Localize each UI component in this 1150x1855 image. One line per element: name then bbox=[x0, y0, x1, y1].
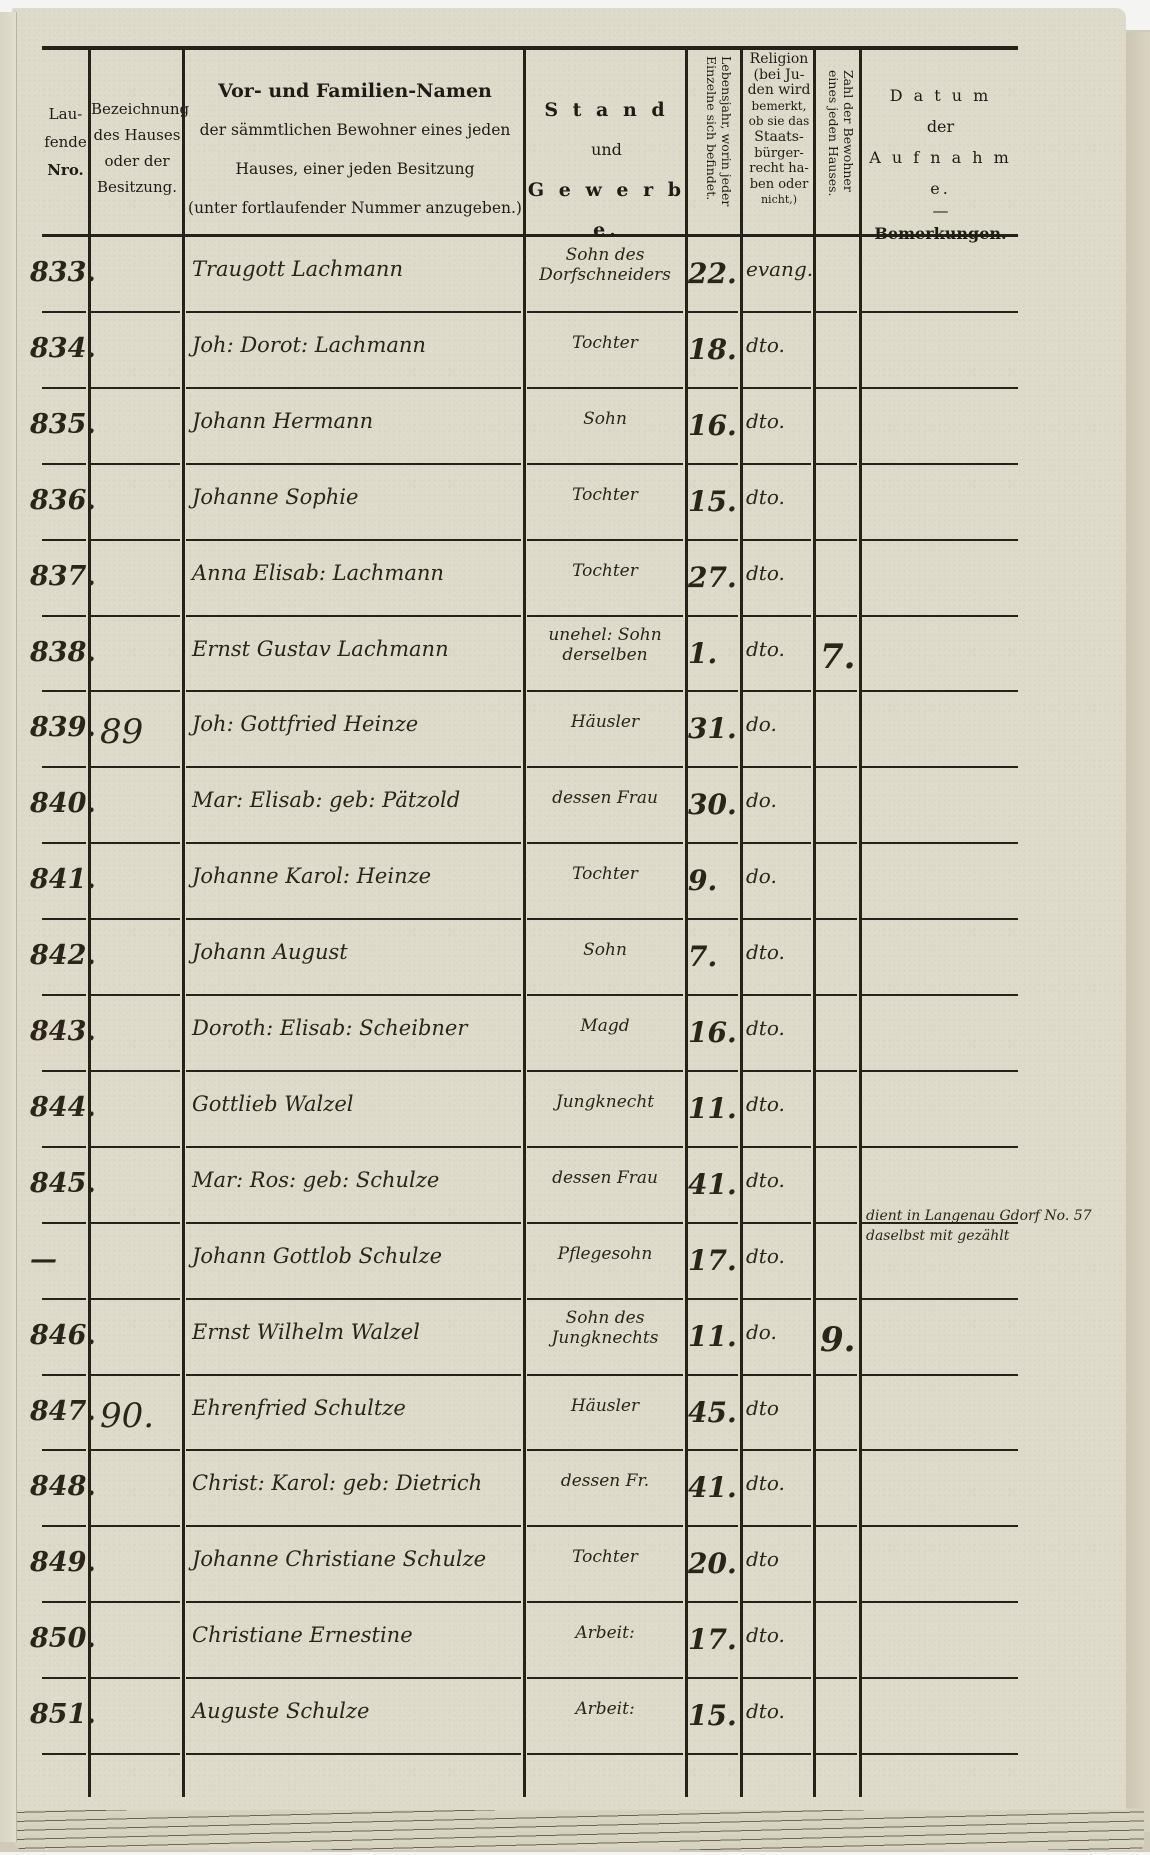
row-rule bbox=[862, 994, 1018, 996]
house-number: 90. bbox=[100, 1396, 180, 1436]
row-rule bbox=[862, 842, 1018, 844]
header-text: Nro. bbox=[42, 156, 89, 184]
status-occupation: Sohn bbox=[526, 409, 684, 429]
header-col-number: Lau- fende Nro. bbox=[42, 100, 89, 184]
row-rule bbox=[862, 1070, 1018, 1072]
entry-number: 844. bbox=[30, 1092, 88, 1123]
row-rule bbox=[42, 1677, 86, 1679]
row-rule bbox=[90, 690, 180, 692]
row-rule bbox=[186, 1525, 521, 1527]
row-rule bbox=[816, 1146, 857, 1148]
header-text: der sämmtlichen Bewohner eines jeden bbox=[186, 111, 524, 150]
row-rule bbox=[743, 539, 811, 541]
religion: dto. bbox=[746, 1092, 812, 1116]
row-rule bbox=[186, 463, 521, 465]
resident-name: Johanne Sophie bbox=[192, 485, 522, 509]
age: 15. bbox=[688, 1699, 740, 1732]
remark: dient in Langenau Gdorf No. 57 daselbst … bbox=[866, 1206, 1096, 1246]
column-rule-2 bbox=[182, 50, 185, 1797]
row-rule bbox=[743, 1374, 811, 1376]
status-occupation: Tochter bbox=[526, 561, 684, 581]
entry-number: 842. bbox=[30, 940, 88, 971]
entry-number: 841. bbox=[30, 864, 88, 895]
row-rule bbox=[186, 1374, 521, 1376]
row-rule bbox=[42, 690, 86, 692]
row-rule bbox=[527, 766, 683, 768]
row-rule bbox=[90, 842, 180, 844]
header-text: Religion bbox=[743, 52, 815, 68]
row-rule bbox=[42, 1525, 86, 1527]
status-occupation: Tochter bbox=[526, 485, 684, 505]
row-rule bbox=[90, 1070, 180, 1072]
entry-number: 836. bbox=[30, 485, 88, 516]
row-rule bbox=[186, 1677, 521, 1679]
row-rule bbox=[743, 1222, 811, 1224]
header-text: oder der bbox=[91, 148, 183, 174]
status-occupation: dessen Fr. bbox=[526, 1471, 684, 1491]
entry-number: 846. bbox=[30, 1320, 88, 1351]
row-rule bbox=[743, 463, 811, 465]
religion: dto bbox=[746, 1547, 812, 1571]
row-rule bbox=[186, 1601, 521, 1603]
row-rule bbox=[688, 690, 738, 692]
resident-name: Mar: Elisab: geb: Pätzold bbox=[192, 788, 522, 812]
status-occupation: dessen Frau bbox=[526, 788, 684, 808]
row-rule bbox=[816, 311, 857, 313]
row-rule bbox=[816, 1222, 857, 1224]
age: 11. bbox=[688, 1092, 740, 1125]
row-rule bbox=[688, 1677, 738, 1679]
row-rule bbox=[816, 918, 857, 920]
age: 17. bbox=[688, 1244, 740, 1277]
religion: dto. bbox=[746, 1623, 812, 1647]
row-rule bbox=[527, 1070, 683, 1072]
entry-number: 845. bbox=[30, 1168, 88, 1199]
header-text: recht ha- bbox=[743, 161, 815, 177]
age: 11. bbox=[688, 1320, 740, 1353]
row-rule bbox=[527, 994, 683, 996]
header-text: Besitzung. bbox=[91, 174, 183, 200]
row-rule bbox=[862, 1449, 1018, 1451]
resident-name: Auguste Schulze bbox=[192, 1699, 522, 1723]
column-rule-3 bbox=[523, 50, 526, 1797]
religion: dto. bbox=[746, 1471, 812, 1495]
age: 7. bbox=[688, 940, 740, 973]
row-rule bbox=[688, 1222, 738, 1224]
religion: do. bbox=[746, 864, 812, 888]
row-rule bbox=[186, 387, 521, 389]
row-rule bbox=[743, 1525, 811, 1527]
row-rule bbox=[688, 1070, 738, 1072]
row-rule bbox=[527, 311, 683, 313]
entry-number: 837. bbox=[30, 561, 88, 592]
row-rule bbox=[42, 1222, 86, 1224]
row-rule bbox=[688, 994, 738, 996]
row-rule bbox=[186, 1298, 521, 1300]
row-rule bbox=[816, 463, 857, 465]
resident-name: Mar: Ros: geb: Schulze bbox=[192, 1168, 522, 1192]
row-rule bbox=[42, 1374, 86, 1376]
row-rule bbox=[90, 1525, 180, 1527]
row-rule bbox=[90, 615, 180, 617]
row-rule bbox=[862, 311, 1018, 313]
row-rule bbox=[743, 766, 811, 768]
status-occupation: Häusler bbox=[526, 712, 684, 732]
row-rule bbox=[42, 463, 86, 465]
religion: dto. bbox=[746, 637, 812, 661]
row-rule bbox=[186, 615, 521, 617]
row-rule bbox=[688, 311, 738, 313]
row-rule bbox=[527, 918, 683, 920]
header-text: des Hauses bbox=[91, 122, 183, 148]
row-rule bbox=[743, 1070, 811, 1072]
row-rule bbox=[527, 1146, 683, 1148]
row-rule bbox=[862, 1298, 1018, 1300]
row-rule bbox=[90, 1601, 180, 1603]
row-rule bbox=[688, 1374, 738, 1376]
resident-name: Ehrenfried Schultze bbox=[192, 1396, 522, 1420]
religion: dto. bbox=[746, 333, 812, 357]
row-rule bbox=[816, 842, 857, 844]
status-occupation: Tochter bbox=[526, 333, 684, 353]
row-rule bbox=[42, 1753, 86, 1755]
row-rule bbox=[862, 1146, 1018, 1148]
age: 45. bbox=[688, 1396, 740, 1429]
row-rule bbox=[90, 463, 180, 465]
row-rule bbox=[688, 1298, 738, 1300]
row-rule bbox=[743, 1753, 811, 1755]
row-rule bbox=[42, 994, 86, 996]
row-rule bbox=[42, 539, 86, 541]
row-rule bbox=[862, 615, 1018, 617]
religion: dto. bbox=[746, 1016, 812, 1040]
row-rule bbox=[527, 842, 683, 844]
header-text: Hauses, einer jeden Besitzung bbox=[186, 150, 524, 189]
resident-name: Doroth: Elisab: Scheibner bbox=[192, 1016, 522, 1040]
religion: dto. bbox=[746, 1699, 812, 1723]
header-col-religion: Religion (bei Ju- den wird bemerkt, ob s… bbox=[743, 52, 815, 208]
entry-number: 833. bbox=[30, 257, 88, 288]
row-rule bbox=[90, 1298, 180, 1300]
row-rule bbox=[90, 1222, 180, 1224]
religion: dto. bbox=[746, 561, 812, 585]
page-stack-right-edge bbox=[1126, 32, 1150, 1832]
religion: dto. bbox=[746, 940, 812, 964]
row-rule bbox=[743, 918, 811, 920]
religion: evang. bbox=[746, 257, 812, 281]
resident-name: Johann Gottlob Schulze bbox=[192, 1244, 522, 1268]
row-rule bbox=[816, 539, 857, 541]
header-text: Lau- bbox=[42, 100, 89, 128]
status-occupation: Sohn des Jungknechts bbox=[526, 1308, 684, 1348]
row-rule bbox=[688, 842, 738, 844]
entry-number: 839. bbox=[30, 712, 88, 743]
header-text: fende bbox=[42, 128, 89, 156]
row-rule bbox=[816, 1298, 857, 1300]
row-rule bbox=[90, 766, 180, 768]
row-rule bbox=[42, 1070, 86, 1072]
row-rule bbox=[688, 539, 738, 541]
row-rule bbox=[743, 311, 811, 313]
household-count: 9. bbox=[820, 1320, 858, 1360]
religion: dto. bbox=[746, 485, 812, 509]
row-rule bbox=[186, 918, 521, 920]
header-text: Bezeichnung bbox=[91, 96, 183, 122]
header-text: bemerkt, bbox=[743, 99, 815, 115]
row-rule bbox=[90, 1449, 180, 1451]
header-text: Bemerkungen. bbox=[863, 218, 1018, 249]
header-text: bürger- bbox=[743, 146, 815, 162]
age: 16. bbox=[688, 1016, 740, 1049]
row-rule bbox=[186, 690, 521, 692]
row-rule bbox=[42, 1146, 86, 1148]
header-col-age: Lebensjahr, worin jeder Einzelne sich be… bbox=[694, 56, 734, 230]
resident-name: Ernst Gustav Lachmann bbox=[192, 637, 522, 661]
religion: do. bbox=[746, 1320, 812, 1344]
religion: dto. bbox=[746, 409, 812, 433]
entry-number: 848. bbox=[30, 1471, 88, 1502]
row-rule bbox=[527, 690, 683, 692]
row-rule bbox=[186, 1222, 521, 1224]
header-text: nicht,) bbox=[743, 192, 815, 208]
resident-name: Johann August bbox=[192, 940, 522, 964]
entry-number: 851. bbox=[30, 1699, 88, 1730]
row-rule bbox=[527, 387, 683, 389]
row-rule bbox=[527, 615, 683, 617]
row-rule bbox=[743, 1449, 811, 1451]
entry-number: 847. bbox=[30, 1396, 88, 1427]
row-rule bbox=[90, 387, 180, 389]
entry-number: 849. bbox=[30, 1547, 88, 1578]
row-rule bbox=[816, 1525, 857, 1527]
row-rule bbox=[42, 615, 86, 617]
status-occupation: Pflegesohn bbox=[526, 1244, 684, 1264]
row-rule bbox=[90, 539, 180, 541]
row-rule bbox=[816, 1753, 857, 1755]
row-rule bbox=[816, 1374, 857, 1376]
row-rule bbox=[527, 1374, 683, 1376]
entry-number: 835. bbox=[30, 409, 88, 440]
entry-number: 840. bbox=[30, 788, 88, 819]
religion: dto. bbox=[746, 1244, 812, 1268]
age: 22. bbox=[688, 257, 740, 290]
resident-name: Anna Elisab: Lachmann bbox=[192, 561, 522, 585]
age: 30. bbox=[688, 788, 740, 821]
row-rule bbox=[862, 690, 1018, 692]
row-rule bbox=[42, 766, 86, 768]
status-occupation: Häusler bbox=[526, 1396, 684, 1416]
row-rule bbox=[862, 766, 1018, 768]
row-rule bbox=[862, 1677, 1018, 1679]
row-rule bbox=[42, 842, 86, 844]
header-text: den wird bbox=[743, 83, 815, 99]
resident-name: Johanne Karol: Heinze bbox=[192, 864, 522, 888]
row-rule bbox=[816, 1677, 857, 1679]
row-rule bbox=[527, 539, 683, 541]
entry-number: 843. bbox=[30, 1016, 88, 1047]
resident-name: Gottlieb Walzel bbox=[192, 1092, 522, 1116]
row-rule bbox=[816, 994, 857, 996]
row-rule bbox=[862, 918, 1018, 920]
household-count: 7. bbox=[820, 637, 858, 677]
header-text: G e w e r b e. bbox=[527, 170, 686, 250]
header-col-names: Vor- und Familien-Namen der sämmtlichen … bbox=[186, 72, 524, 228]
row-rule bbox=[743, 1298, 811, 1300]
row-rule bbox=[90, 918, 180, 920]
row-rule bbox=[42, 918, 86, 920]
row-rule bbox=[862, 387, 1018, 389]
row-rule bbox=[688, 1601, 738, 1603]
header-top-rule bbox=[42, 46, 1018, 50]
row-rule bbox=[743, 387, 811, 389]
row-rule bbox=[90, 994, 180, 996]
entry-number: 850. bbox=[30, 1623, 88, 1654]
row-rule bbox=[186, 842, 521, 844]
age: 41. bbox=[688, 1471, 740, 1504]
row-rule bbox=[90, 1677, 180, 1679]
header-text: A u f n a h m e. bbox=[863, 142, 1018, 204]
row-rule bbox=[527, 1677, 683, 1679]
age: 20. bbox=[688, 1547, 740, 1580]
row-rule bbox=[90, 1374, 180, 1376]
row-rule bbox=[42, 1298, 86, 1300]
row-rule bbox=[743, 690, 811, 692]
entry-number: 834. bbox=[30, 333, 88, 364]
row-rule bbox=[816, 1601, 857, 1603]
age: 15. bbox=[688, 485, 740, 518]
row-rule bbox=[688, 1753, 738, 1755]
row-rule bbox=[186, 766, 521, 768]
row-rule bbox=[90, 1753, 180, 1755]
row-rule bbox=[42, 1601, 86, 1603]
row-rule bbox=[688, 387, 738, 389]
entry-number: 838. bbox=[30, 637, 88, 668]
row-rule bbox=[527, 1753, 683, 1755]
age: 16. bbox=[688, 409, 740, 442]
row-rule bbox=[42, 387, 86, 389]
religion: dto bbox=[746, 1396, 812, 1420]
header-text: der bbox=[863, 111, 1018, 142]
header-text: D a t u m bbox=[863, 80, 1018, 111]
header-text: S t a n d bbox=[527, 90, 686, 130]
religion: dto. bbox=[746, 1168, 812, 1192]
header-text: ob sie das bbox=[743, 114, 815, 130]
row-rule bbox=[743, 615, 811, 617]
age: 1. bbox=[688, 637, 740, 670]
row-rule bbox=[186, 539, 521, 541]
resident-name: Ernst Wilhelm Walzel bbox=[192, 1320, 522, 1344]
age: 31. bbox=[688, 712, 740, 745]
status-occupation: Sohn des Dorfschneiders bbox=[526, 245, 684, 285]
resident-name: Christiane Ernestine bbox=[192, 1623, 522, 1647]
status-occupation: Arbeit: bbox=[526, 1699, 684, 1719]
age: 41. bbox=[688, 1168, 740, 1201]
age: 17. bbox=[688, 1623, 740, 1656]
age: 9. bbox=[688, 864, 740, 897]
header-text: (unter fortlaufender Nummer anzugeben.) bbox=[186, 189, 524, 228]
row-rule bbox=[743, 842, 811, 844]
row-rule bbox=[743, 1146, 811, 1148]
row-rule bbox=[186, 1449, 521, 1451]
row-rule bbox=[186, 1146, 521, 1148]
row-rule bbox=[816, 690, 857, 692]
resident-name: Johanne Christiane Schulze bbox=[192, 1547, 522, 1571]
header-text: (bei Ju- bbox=[743, 68, 815, 84]
row-rule bbox=[816, 766, 857, 768]
row-rule bbox=[90, 1146, 180, 1148]
entry-number: — bbox=[30, 1244, 88, 1275]
status-occupation: Jungknecht bbox=[526, 1092, 684, 1112]
row-rule bbox=[816, 1070, 857, 1072]
page-stack-bottom-edge bbox=[14, 1808, 1144, 1850]
status-occupation: Sohn bbox=[526, 940, 684, 960]
row-rule bbox=[186, 311, 521, 313]
resident-name: Christ: Karol: geb: Dietrich bbox=[192, 1471, 522, 1495]
row-rule bbox=[527, 1449, 683, 1451]
row-rule bbox=[743, 994, 811, 996]
row-rule bbox=[688, 1525, 738, 1527]
religion: do. bbox=[746, 712, 812, 736]
header-text: und bbox=[527, 130, 686, 170]
row-rule bbox=[862, 1601, 1018, 1603]
status-occupation: Tochter bbox=[526, 864, 684, 884]
row-rule bbox=[688, 615, 738, 617]
row-rule bbox=[527, 1525, 683, 1527]
header-col-date-remarks: D a t u m der A u f n a h m e. — Bemerku… bbox=[863, 80, 1018, 249]
row-rule bbox=[527, 1298, 683, 1300]
header-col-count: Zahl der Bewohner eines jeden Hauses. bbox=[820, 70, 856, 220]
header-col-house: Bezeichnung des Hauses oder der Besitzun… bbox=[91, 96, 183, 200]
row-rule bbox=[688, 766, 738, 768]
status-occupation: dessen Frau bbox=[526, 1168, 684, 1188]
row-rule bbox=[743, 1601, 811, 1603]
age: 18. bbox=[688, 333, 740, 366]
row-rule bbox=[743, 1677, 811, 1679]
row-rule bbox=[527, 463, 683, 465]
row-rule bbox=[816, 1449, 857, 1451]
row-rule bbox=[862, 463, 1018, 465]
row-rule bbox=[816, 615, 857, 617]
religion: do. bbox=[746, 788, 812, 812]
age: 27. bbox=[688, 561, 740, 594]
row-rule bbox=[186, 1070, 521, 1072]
row-rule bbox=[186, 1753, 521, 1755]
binding-edge bbox=[0, 12, 17, 1842]
row-rule bbox=[42, 311, 86, 313]
row-rule bbox=[527, 1601, 683, 1603]
row-rule bbox=[527, 1222, 683, 1224]
resident-name: Traugott Lachmann bbox=[192, 257, 522, 281]
status-occupation: Magd bbox=[526, 1016, 684, 1036]
header-col-stand: S t a n d und G e w e r b e. bbox=[527, 90, 686, 250]
header-text: ben oder bbox=[743, 177, 815, 193]
resident-name: Joh: Dorot: Lachmann bbox=[192, 333, 522, 357]
status-occupation: Tochter bbox=[526, 1547, 684, 1567]
row-rule bbox=[816, 387, 857, 389]
resident-name: Johann Hermann bbox=[192, 409, 522, 433]
header-title: Vor- und Familien-Namen bbox=[186, 72, 524, 111]
row-rule bbox=[90, 311, 180, 313]
resident-name: Joh: Gottfried Heinze bbox=[192, 712, 522, 736]
row-rule bbox=[186, 994, 521, 996]
status-occupation: unehel: Sohn derselben bbox=[526, 625, 684, 665]
house-number: 89 bbox=[100, 712, 180, 752]
header-divider: — bbox=[863, 204, 1018, 218]
row-rule bbox=[862, 1374, 1018, 1376]
row-rule bbox=[862, 1525, 1018, 1527]
row-rule bbox=[42, 1449, 86, 1451]
row-rule bbox=[688, 1449, 738, 1451]
